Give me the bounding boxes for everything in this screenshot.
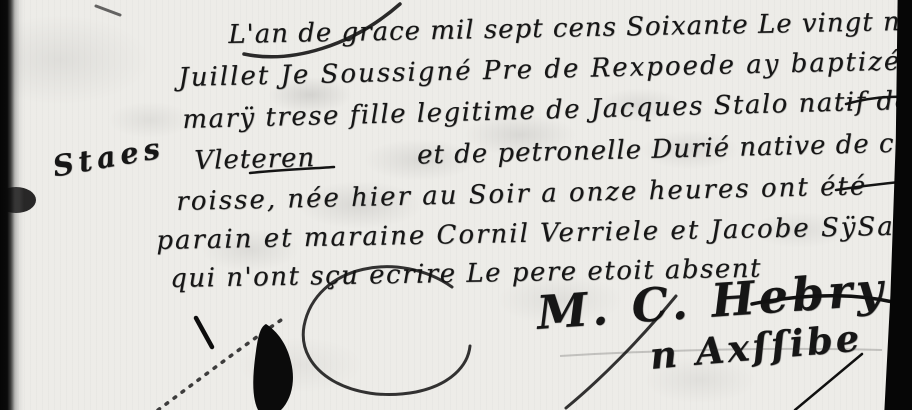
manuscript-line-1: L'an de grace mil sept cens Soixante Le … (228, 6, 912, 50)
manuscript-line-5: roisse, née hier au Soir a onze heures o… (176, 171, 868, 217)
ink-mark-top-left (96, 6, 120, 15)
manuscript-page: L'an de grace mil sept cens Soixante Le … (0, 0, 912, 410)
ink-blot-small-stroke (196, 318, 212, 347)
margin-note: Staes (50, 130, 167, 183)
manuscript-line-6: parain et maraine Cornil Verriele et Jac… (156, 211, 912, 256)
ink-blot (253, 324, 293, 410)
dotted-diagonal-flourish (158, 318, 284, 410)
binding-edge-left (0, 0, 24, 410)
manuscript-line-2: Juillet Je Soussigné Pre de Rexpoede ay … (178, 46, 912, 93)
manuscript-line-4: Vleteren et de petronelle Durié native d… (194, 126, 912, 176)
manuscript-line-3: marÿ trese fille legitime de Jacques Sta… (182, 86, 912, 135)
